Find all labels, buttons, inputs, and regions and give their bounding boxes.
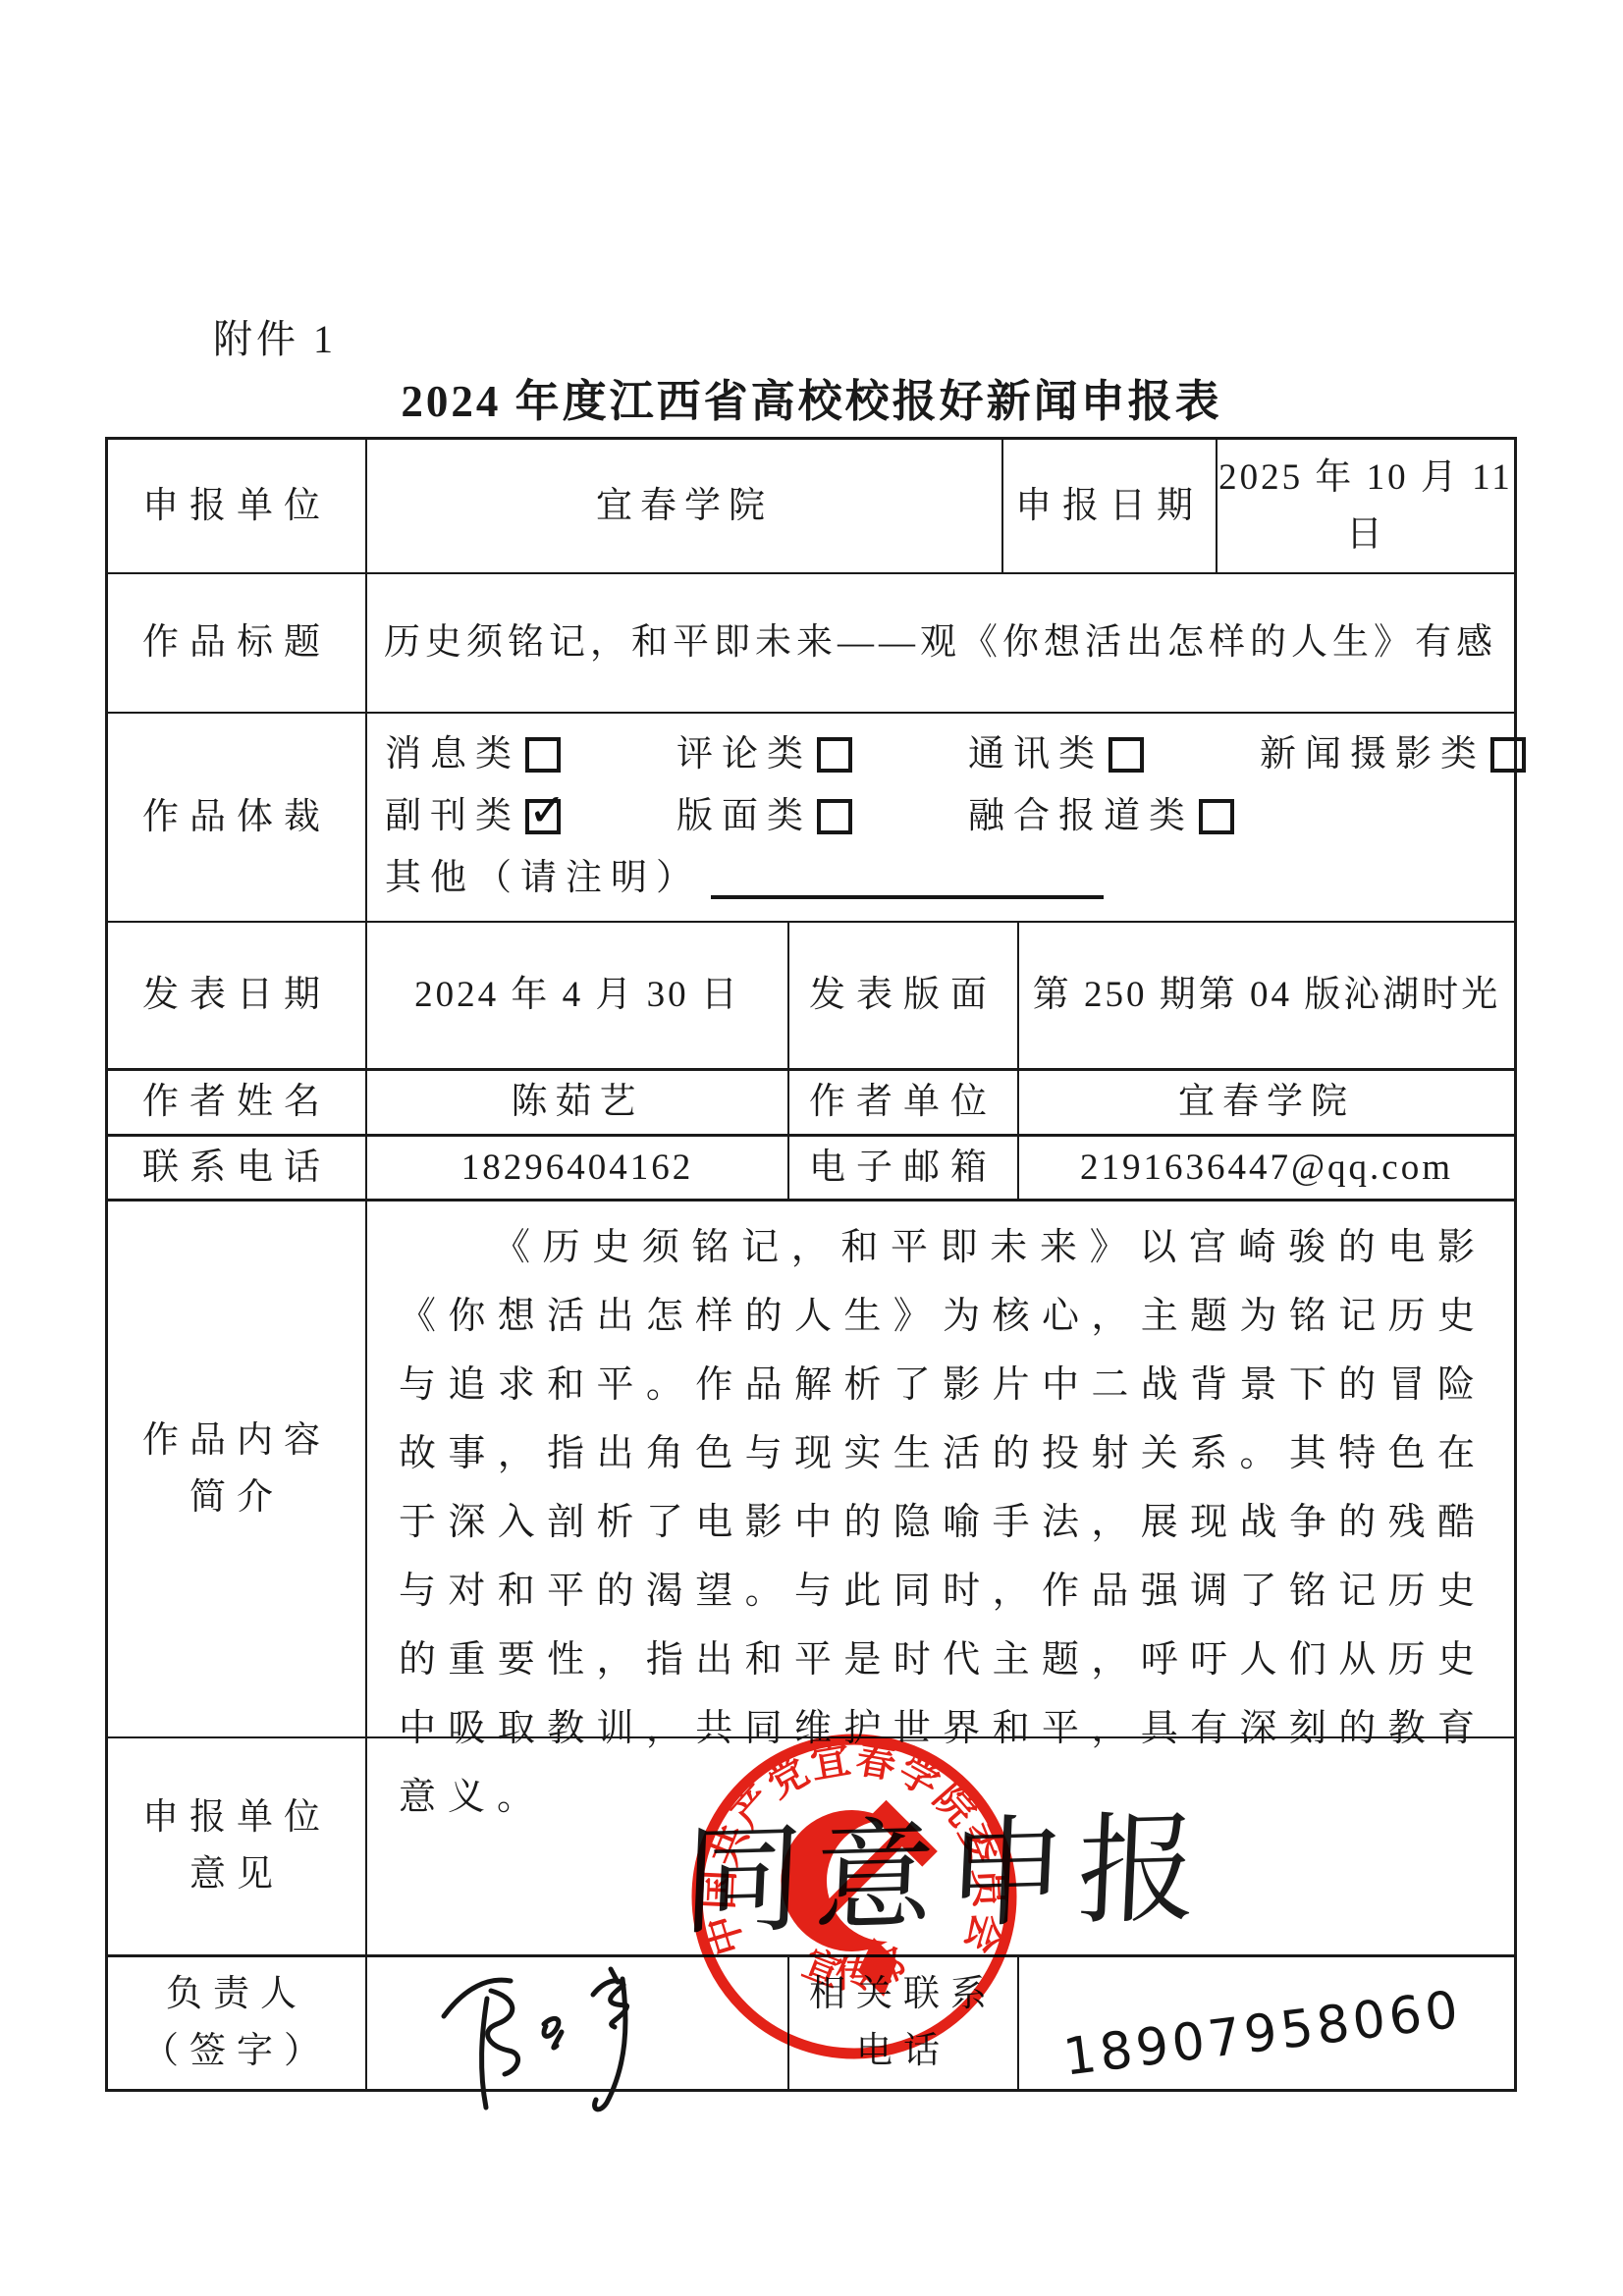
application-form-page: 附件 1 2024 年度江西省高校校报好新闻申报表 申报单位 宜春学院 申报日期… — [0, 0, 1623, 2296]
genre-option: 评论类 — [676, 726, 852, 783]
genre-other-line: 其他（请注明） — [385, 850, 1104, 907]
genre-line-1: 消息类评论类通讯类新闻摄影类 — [385, 726, 1526, 783]
row-work-title: 作品标题 历史须铭记，和平即未来——观《你想活出怎样的人生》有感 — [108, 572, 1514, 712]
genre-option: 消息类 — [385, 726, 561, 783]
checkbox-unchecked-icon[interactable] — [817, 737, 852, 773]
genre-option-label: 新闻摄影类 — [1260, 726, 1486, 783]
declare-date-value: 2025 年 10 月 11 日 — [1216, 440, 1514, 572]
genre-options: 消息类评论类通讯类新闻摄影类 副刊类✓版面类融合报道类 其他（请注明） — [365, 714, 1526, 921]
genre-option: 融合报道类 — [968, 788, 1234, 845]
checkbox-unchecked-icon[interactable] — [1109, 737, 1144, 773]
declare-unit-value: 宜春学院 — [365, 440, 1001, 572]
attachment-label: 附件 1 — [213, 308, 337, 364]
checkbox-checked-icon[interactable]: ✓ — [525, 799, 561, 834]
publish-date-value: 2024 年 4 月 30 日 — [365, 923, 787, 1068]
publish-page-label: 发表版面 — [787, 923, 1017, 1068]
author-unit-label: 作者单位 — [787, 1071, 1017, 1134]
genre-label: 作品体裁 — [108, 714, 365, 921]
genre-option-label: 版面类 — [676, 788, 812, 845]
genre-option: 副刊类✓ — [385, 788, 561, 845]
checkbox-unchecked-icon[interactable] — [1199, 799, 1234, 834]
publish-page-value: 第 250 期第 04 版沁湖时光 — [1017, 923, 1514, 1068]
genre-option-label: 评论类 — [676, 726, 812, 783]
declare-unit-label: 申报单位 — [108, 440, 365, 572]
genre-option: 通讯类 — [968, 726, 1144, 783]
seal-ring-text: 中国共产党宜春学院委员会 — [696, 1736, 1012, 1960]
email-label: 电子邮箱 — [787, 1137, 1017, 1199]
phone-value: 18296404162 — [365, 1137, 787, 1199]
responsible-signature — [430, 1965, 666, 2122]
genre-option-label: 消息类 — [385, 726, 520, 783]
row-contact: 联系电话 18296404162 电子邮箱 2191636447@qq.com — [108, 1134, 1514, 1199]
publish-date-label: 发表日期 — [108, 923, 365, 1068]
summary-content: 《历史须铭记，和平即未来》以宫崎骏的电影《你想活出怎样的人生》为核心，主题为铭记… — [365, 1201, 1514, 1736]
checkbox-unchecked-icon[interactable] — [1490, 737, 1526, 773]
row-genre: 作品体裁 消息类评论类通讯类新闻摄影类 副刊类✓版面类融合报道类 其他（请注明） — [108, 712, 1514, 921]
genre-line-2: 副刊类✓版面类融合报道类 — [385, 788, 1234, 845]
author-name-label: 作者姓名 — [108, 1071, 365, 1134]
author-unit-value: 宜春学院 — [1017, 1071, 1514, 1134]
row-declare-unit: 申报单位 宜春学院 申报日期 2025 年 10 月 11 日 — [108, 440, 1514, 572]
work-title-label: 作品标题 — [108, 574, 365, 712]
genre-other-label: 其他（请注明） — [385, 850, 701, 907]
genre-other-blank-field[interactable] — [711, 895, 1104, 899]
official-seal-stamp: 中国共产党宜春学院委员会 宣传部 — [685, 1728, 1023, 2065]
declare-date-label: 申报日期 — [1001, 440, 1216, 572]
genre-option-label: 融合报道类 — [968, 788, 1194, 845]
genre-option-label: 副刊类 — [385, 788, 520, 845]
genre-option: 新闻摄影类 — [1260, 726, 1526, 783]
work-title-value: 历史须铭记，和平即未来——观《你想活出怎样的人生》有感 — [365, 574, 1514, 712]
row-summary: 作品内容 简介 《历史须铭记，和平即未来》以宫崎骏的电影《你想活出怎样的人生》为… — [108, 1199, 1514, 1736]
genre-option-label: 通讯类 — [968, 726, 1104, 783]
genre-option: 版面类 — [676, 788, 852, 845]
author-name-value: 陈茹艺 — [365, 1071, 787, 1134]
phone-label: 联系电话 — [108, 1137, 365, 1199]
checkmark-icon: ✓ — [528, 781, 567, 838]
row-author: 作者姓名 陈茹艺 作者单位 宜春学院 — [108, 1068, 1514, 1134]
summary-label: 作品内容 简介 — [108, 1201, 365, 1736]
page-title: 2024 年度江西省高校校报好新闻申报表 — [0, 365, 1623, 429]
responsible-label: 负责人 （签字） — [108, 1957, 365, 2089]
checkbox-unchecked-icon[interactable] — [817, 799, 852, 834]
row-publish: 发表日期 2024 年 4 月 30 日 发表版面 第 250 期第 04 版沁… — [108, 921, 1514, 1068]
checkbox-unchecked-icon[interactable] — [525, 737, 561, 773]
email-value: 2191636447@qq.com — [1017, 1137, 1514, 1199]
unit-opinion-label: 申报单位 意见 — [108, 1738, 365, 1954]
